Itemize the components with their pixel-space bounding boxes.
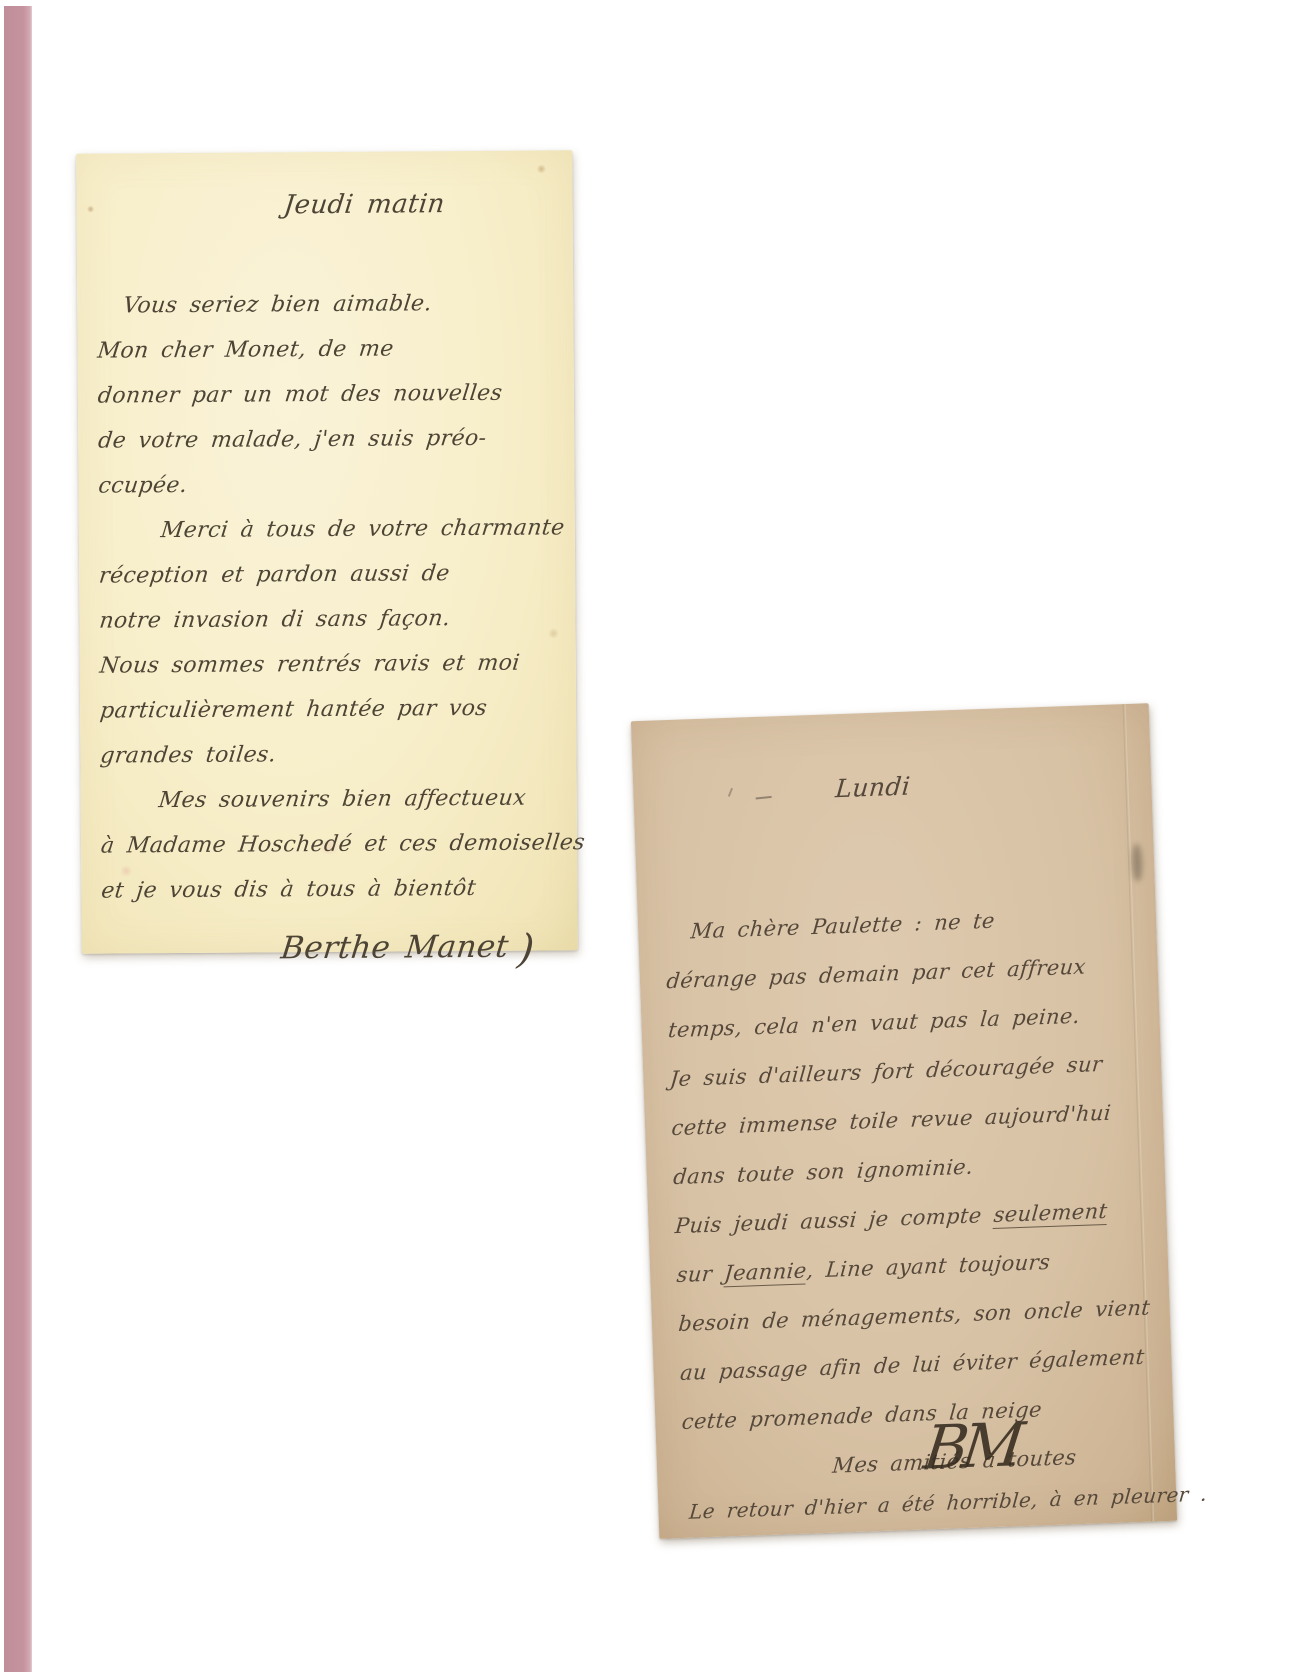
manuscript-line: de votre malade, j'en suis préo- (94, 425, 579, 473)
manuscript-line: à Madame Hoschedé et ces demoiselles (97, 830, 582, 878)
signature-flourish: ) (506, 927, 537, 973)
manuscript-line: et je vous dis à tous à bientôt (98, 875, 583, 923)
letter1-signature: Berthe Manet) (277, 926, 584, 984)
letter-sheet-2: Lundi Ma chère Paulette : ne te dérange … (631, 703, 1177, 1539)
foxing-spot (536, 164, 546, 173)
foxing-spot (87, 206, 95, 213)
underlined-word: seulement (992, 1199, 1108, 1229)
manuscript-line: réception et pardon aussi de (95, 560, 580, 608)
manuscript-line: Merci à tous de votre charmante (95, 515, 580, 563)
manuscript-line: particulièrement hantée par vos (96, 695, 581, 743)
manuscript-line: notre invasion di sans façon. (96, 605, 581, 653)
underlined-word: Jeannie (723, 1258, 808, 1287)
catalog-page: Jeudi matin Vous seriez bien aimable. Mo… (0, 0, 1301, 1672)
manuscript-line: ccupée. (95, 470, 580, 518)
signature-name: Berthe Manet (279, 929, 511, 967)
ink-smudge (1131, 844, 1142, 882)
letter1-body: Vous seriez bien aimable. Mon cher Monet… (77, 290, 577, 923)
line-text: sur (676, 1261, 726, 1287)
manuscript-line: Mon cher Monet, de me (94, 335, 579, 383)
manuscript-line: Mes souvenirs bien affectueux (97, 785, 582, 833)
pencil-mark (756, 796, 772, 800)
letter2-monogram-signature: BM (920, 1410, 1022, 1484)
letter2-dateline: Lundi (834, 763, 1155, 806)
manuscript-line: Nous sommes rentrés ravis et moi (96, 650, 581, 698)
pink-margin-stripe (4, 6, 32, 1672)
letter-sheet-1: Jeudi matin Vous seriez bien aimable. Mo… (76, 150, 578, 953)
letter1-dateline: Jeudi matin (282, 188, 577, 224)
pencil-mark (728, 788, 733, 797)
manuscript-line: Vous seriez bien aimable. (94, 290, 579, 338)
manuscript-line: grandes toiles. (97, 740, 582, 788)
manuscript-line: donner par un mot des nouvelles (94, 380, 579, 428)
letter2-body: Ma chère Paulette : ne te dérange pas de… (638, 903, 1177, 1535)
